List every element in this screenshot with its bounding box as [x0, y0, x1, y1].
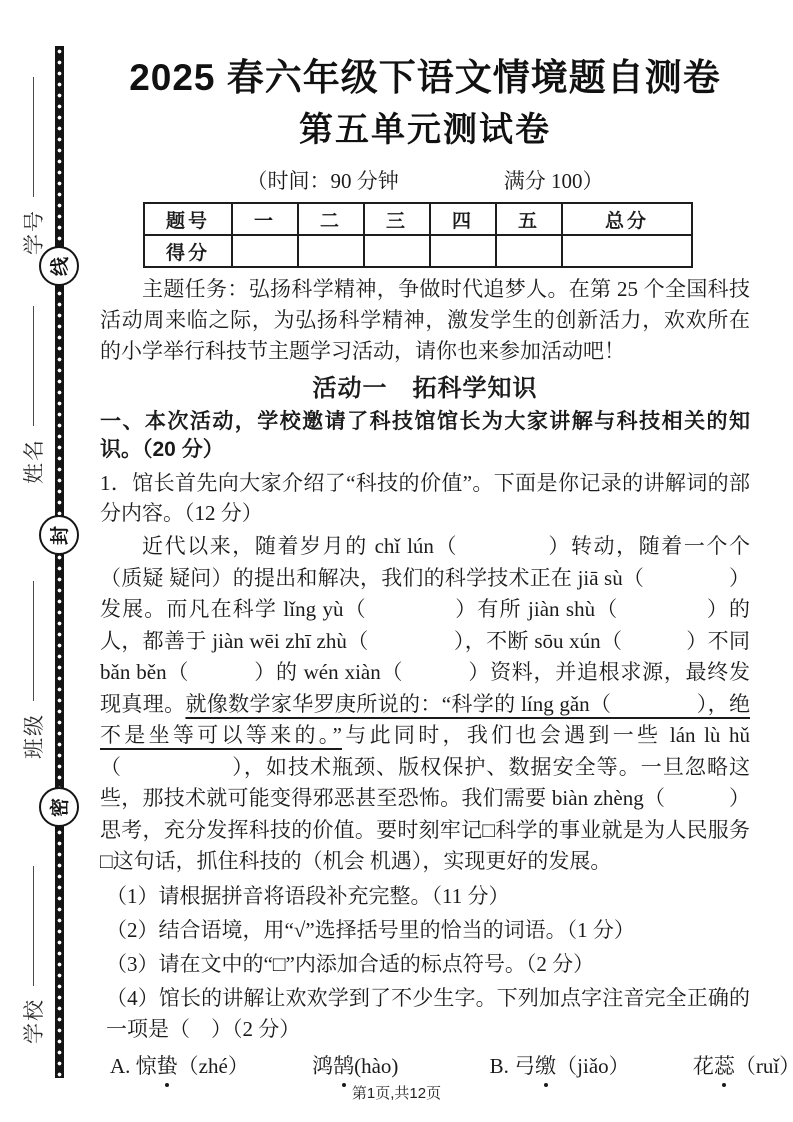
student-id-label: 学号	[18, 209, 48, 255]
score-table-header-row: 题号 一 二 三 四 五 总分	[144, 203, 692, 235]
class-label: 班级	[18, 713, 48, 759]
paper-title: 2025 春六年级下语文情境题自测卷	[100, 54, 750, 102]
option-row: A. 惊蛰（zhé） 鸿鹄(hào) B. 弓缴（jiǎo） 花蕊（ruǐ）	[100, 1051, 750, 1081]
activity-one-heading: 活动一 拓科学知识	[100, 372, 750, 405]
seal-feng-char: 封	[45, 525, 72, 544]
paper-body: 2025 春六年级下语文情境题自测卷 第五单元测试卷 （时间：90 分钟 满分 …	[100, 0, 750, 1081]
school-blank-line	[33, 866, 34, 986]
score-table: 题号 一 二 三 四 五 总分 得分	[143, 202, 693, 268]
dotted-character: 鹄	[333, 1051, 354, 1081]
score-cell	[496, 235, 562, 267]
score-cell	[232, 235, 298, 267]
binding-dotted-line	[55, 46, 64, 1078]
score-header-cell: 三	[364, 203, 430, 235]
question-1-intro: 1．馆长首先向大家介绍了“科技的价值”。下面是你记录的讲解词的部分内容。（12 …	[100, 468, 750, 528]
paper-subtitle: 第五单元测试卷	[100, 108, 750, 152]
dotted-character: 缴	[535, 1051, 556, 1081]
section-one-heading: 一、本次活动，学校邀请了科技馆馆长为大家讲解与科技相关的知识。（20 分）	[100, 408, 750, 464]
dotted-character: 蕊	[714, 1051, 735, 1081]
sub-question-2: （2）结合语境，用“√”选择括号里的恰当的词语。（1 分）	[100, 915, 750, 946]
student-id-blank-line	[33, 77, 34, 197]
name-label: 姓名	[18, 438, 48, 484]
option-b-item-1: B. 弓缴（jiǎo）	[490, 1051, 630, 1081]
school-label: 学校	[18, 998, 48, 1044]
seal-line-char: 线	[45, 256, 72, 275]
test-paper-page: 学号 线 姓名 封 班级 密 学校 2025 春六年级下语文情境题自测卷 第五单…	[0, 0, 793, 1122]
question-1-passage: 近代以来，随着岁月的 chǐ lún（ ）转动，随着一个个（质疑 疑问）的提出和…	[100, 531, 750, 878]
seal-mi: 密	[39, 787, 79, 827]
seal-feng: 封	[39, 515, 79, 555]
score-table-score-row: 得分	[144, 235, 692, 267]
theme-task-paragraph: 主题任务：弘扬科学精神，争做时代追梦人。在第 25 个全国科技活动周来临之际，为…	[100, 274, 750, 367]
sub-question-3: （3）请在文中的“□”内添加合适的标点符号。（2 分）	[100, 949, 750, 980]
score-header-cell: 一	[232, 203, 298, 235]
dotted-character: 蛰	[157, 1051, 178, 1081]
seal-line: 线	[39, 246, 79, 286]
score-cell	[364, 235, 430, 267]
option-a-item-2: 鸿鹄(hào)	[312, 1051, 398, 1081]
score-header-cell: 题号	[144, 203, 232, 235]
sub-question-1: （1）请根据拼音将语段补充完整。（11 分）	[100, 881, 750, 912]
score-cell	[430, 235, 496, 267]
name-blank-line	[33, 306, 34, 426]
student-id-field: 学号	[20, 77, 46, 255]
score-header-cell: 总分	[562, 203, 692, 235]
option-b-item-2: 花蕊（ruǐ）	[693, 1051, 793, 1081]
page-footer: 第1页,共12页	[0, 1082, 793, 1103]
score-row-label: 得分	[144, 235, 232, 267]
score-header-cell: 四	[430, 203, 496, 235]
name-field: 姓名	[20, 306, 46, 484]
score-header-cell: 二	[298, 203, 364, 235]
passage-part-1: 近代以来，随着岁月的 chǐ lún（ ）转动，随着一个个（质疑 疑问）的提出和…	[100, 534, 750, 716]
score-cell	[298, 235, 364, 267]
class-blank-line	[33, 581, 34, 701]
option-a-item-1: A. 惊蛰（zhé）	[110, 1051, 249, 1081]
score-cell	[562, 235, 692, 267]
class-field: 班级	[20, 581, 46, 759]
exam-time-score-line: （时间：90 分钟 满分 100）	[100, 168, 750, 194]
school-field: 学校	[20, 866, 46, 1044]
seal-mi-char: 密	[45, 797, 72, 816]
score-header-cell: 五	[496, 203, 562, 235]
sub-question-4: （4）馆长的讲解让欢欢学到了不少生字。下列加点字注音完全正确的一项是（ ）（2 …	[100, 983, 750, 1045]
